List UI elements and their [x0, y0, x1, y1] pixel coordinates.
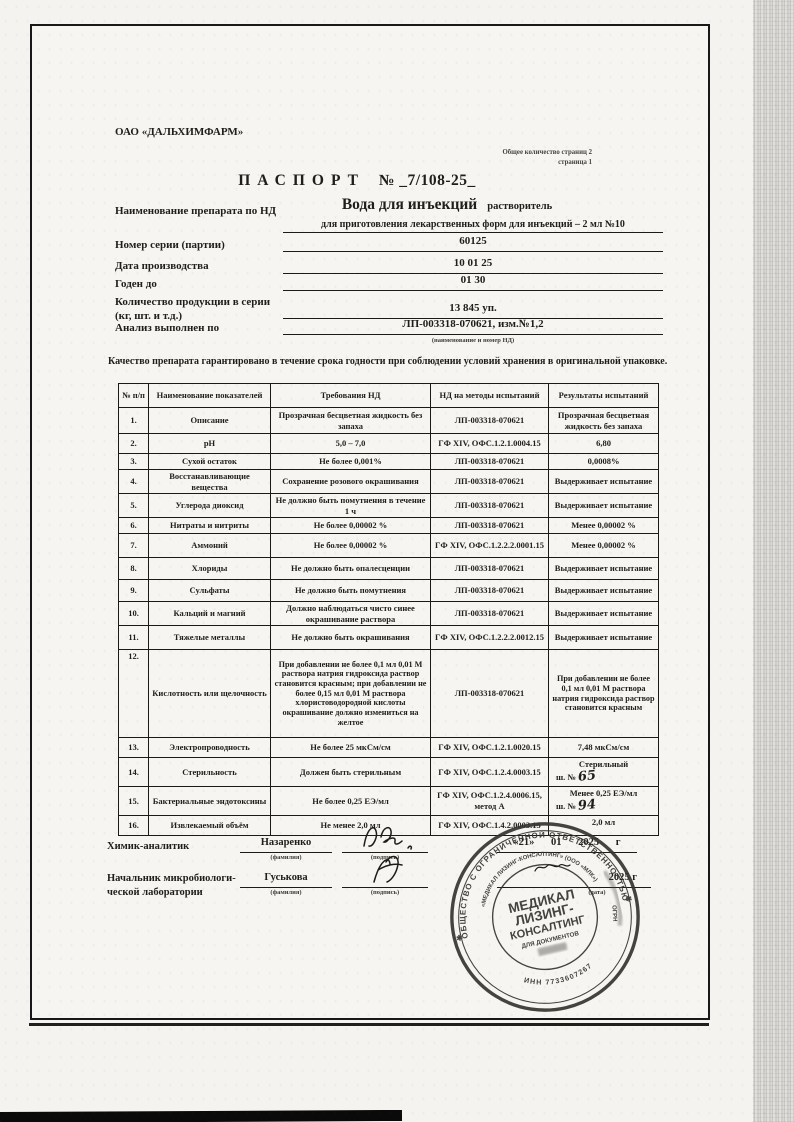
mfg-date-label: Дата производства	[115, 260, 209, 274]
product-name-form: растворитель	[487, 201, 552, 212]
cell-method: ЛП-003318-070621	[431, 602, 549, 626]
result-text: Стерильный	[552, 759, 655, 769]
cell-result: Выдерживает испытание	[549, 626, 659, 650]
table-row: 14. Стерильность Должен быть стерильным …	[119, 758, 659, 787]
cell-requirement: Не должно быть помутнения в течение 1 ч	[271, 494, 431, 518]
cell-result: 0,0008%	[549, 454, 659, 470]
cell-parameter: Извлекаемый объём	[149, 815, 271, 835]
cell-result: 7,48 мкСм/см	[549, 738, 659, 758]
cell-requirement: Не более 0,25 ЕЭ/мл	[271, 786, 431, 815]
cell-requirement: Не более 0,00002 %	[271, 518, 431, 534]
cell-parameter: pH	[149, 434, 271, 454]
table-row: 13. Электропроводность Не более 25 мкСм/…	[119, 738, 659, 758]
scan-artifact-bar	[0, 1110, 402, 1122]
cell-parameter: Электропроводность	[149, 738, 271, 758]
table-row: 2. pH 5,0 – 7,0 ГФ XIV, ОФС.1.2.1.0004.1…	[119, 434, 659, 454]
cell-num: 7.	[119, 534, 149, 558]
analysis-label: Анализ выполнен по	[115, 322, 219, 336]
cell-parameter: Стерильность	[149, 758, 271, 787]
cell-result: Выдерживает испытание	[549, 580, 659, 602]
surname-caption: (фамилия)	[240, 889, 332, 896]
cell-method: ГФ XIV, ОФС.1.2.2.2.0001.15	[431, 534, 549, 558]
surname-caption: (фамилия)	[240, 854, 332, 861]
cell-num: 14.	[119, 758, 149, 787]
cell-parameter: Нитраты и нитриты	[149, 518, 271, 534]
col-header-method: НД на методы испытаний	[431, 384, 549, 408]
cell-result: Менее 0,00002 %	[549, 518, 659, 534]
cell-result: Прозрачная бесцветная жидкость без запах…	[549, 408, 659, 434]
cell-method: ГФ XIV, ОФС.1.2.1.0020.15	[431, 738, 549, 758]
page-count-note: Общее количество страниц 2 страница 1	[362, 148, 592, 168]
cell-requirement: Прозрачная бесцветная жидкость без запах…	[271, 408, 431, 434]
analysis-value: ЛП-003318-070621, изм.№1,2	[283, 318, 663, 335]
pages-total: Общее количество страниц 2	[362, 148, 592, 158]
stamp-star-right: ✱	[625, 894, 634, 904]
table-row: 3. Сухой остаток Не более 0,001% ЛП-0033…	[119, 454, 659, 470]
quantity-label: Количество продукции в серии (кг, шт. и …	[115, 296, 270, 324]
cell-requirement: Не более 25 мкСм/см	[271, 738, 431, 758]
chemist-name: Назаренко	[240, 837, 332, 853]
cell-method: ЛП-003318-070621	[431, 580, 549, 602]
quantity-value: 13 845 уп.	[283, 302, 663, 319]
table-row: 11. Тяжелые металлы Не должно быть окраш…	[119, 626, 659, 650]
batch-value: 60125	[283, 235, 663, 252]
title-number: № _7/108-25_	[379, 172, 476, 189]
cell-parameter: Сухой остаток	[149, 454, 271, 470]
cell-requirement: Должно наблюдаться чисто синее окрашиван…	[271, 602, 431, 626]
mfg-date-value: 10 01 25	[283, 257, 663, 274]
scan-edge-strip	[753, 0, 794, 1122]
col-header-parameter: Наименование показателей	[149, 384, 271, 408]
table-row: 8. Хлориды Не должно быть опалесценции Л…	[119, 558, 659, 580]
cell-result: Стерильный ш. № 65	[549, 758, 659, 787]
cell-method: ЛП-003318-070621	[431, 454, 549, 470]
cell-method: ЛП-003318-070621	[431, 494, 549, 518]
cell-result: Выдерживает испытание	[549, 558, 659, 580]
scanned-document: ОАО «ДАЛЬХИМФАРМ» Общее количество стран…	[0, 0, 794, 1122]
table-row: 10. Кальций и магний Должно наблюдаться …	[119, 602, 659, 626]
cell-method: ЛП-003318-070621	[431, 408, 549, 434]
cell-result: Менее 0,00002 %	[549, 534, 659, 558]
col-header-result: Результаты испытаний	[549, 384, 659, 408]
chemist-signature-ink	[350, 818, 440, 854]
cell-method: ГФ XIV, ОФС.1.2.1.0004.15	[431, 434, 549, 454]
cell-requirement: Не должно быть опалесценции	[271, 558, 431, 580]
analysis-caption: (наименование и номер НД)	[283, 337, 663, 344]
cell-parameter: Сульфаты	[149, 580, 271, 602]
cell-result: Выдерживает испытание	[549, 602, 659, 626]
quantity-label-line1: Количество продукции в серии	[115, 296, 270, 310]
cell-num: 8.	[119, 558, 149, 580]
cell-parameter: Восстанавливающие вещества	[149, 470, 271, 494]
cell-result: Выдерживает испытание	[549, 494, 659, 518]
cell-method: ЛП-003318-070621	[431, 558, 549, 580]
cell-num: 15.	[119, 786, 149, 815]
table-row: 1. Описание Прозрачная бесцветная жидкос…	[119, 408, 659, 434]
company-stamp: ОБЩЕСТВО С ОГРАНИЧЕННОЙ ОТВЕТСТВЕННОСТЬЮ…	[429, 801, 662, 1034]
cell-num: 11.	[119, 626, 149, 650]
handwritten-number: 65	[577, 768, 597, 785]
col-header-num: № п/п	[119, 384, 149, 408]
title-word: ПАСПОРТ	[238, 172, 365, 189]
cell-requirement: Не должно быть окрашивания	[271, 626, 431, 650]
table-row: 9. Сульфаты Не должно быть помутнения ЛП…	[119, 580, 659, 602]
cell-num: 6.	[119, 518, 149, 534]
table-row: 4. Восстанавливающие вещества Сохранение…	[119, 470, 659, 494]
cell-method: ГФ XIV, ОФС.1.2.2.2.0012.15	[431, 626, 549, 650]
cell-parameter: Тяжелые металлы	[149, 626, 271, 650]
cell-method: ЛП-003318-070621	[431, 470, 549, 494]
table-row: 6. Нитраты и нитриты Не более 0,00002 % …	[119, 518, 659, 534]
cell-requirement: Не должно быть помутнения	[271, 580, 431, 602]
cell-requirement: Должен быть стерильным	[271, 758, 431, 787]
page-number: страница 1	[362, 158, 592, 168]
cell-requirement: 5,0 – 7,0	[271, 434, 431, 454]
cell-requirement: Не более 0,00002 %	[271, 534, 431, 558]
cell-result: Выдерживает испытание	[549, 470, 659, 494]
cell-num: 1.	[119, 408, 149, 434]
cell-num: 12.	[119, 650, 149, 738]
handwritten-date-ink	[532, 860, 576, 876]
cell-method: ЛП-003318-070621	[431, 650, 549, 738]
micro-lab-head-name: Гуськова	[240, 872, 332, 888]
table-row: 12. Кислотность или щелочность При добав…	[119, 650, 659, 738]
table-row: 5. Углерода диоксид Не должно быть помут…	[119, 494, 659, 518]
sign-caption: (подпись)	[342, 889, 428, 896]
chemist-role: Химик-аналитик	[107, 840, 189, 854]
table-row: 7. Аммоний Не более 0,00002 % ГФ XIV, ОФ…	[119, 534, 659, 558]
cell-num: 9.	[119, 580, 149, 602]
document-page: ОАО «ДАЛЬХИМФАРМ» Общее количество стран…	[30, 24, 710, 1020]
cell-num: 5.	[119, 494, 149, 518]
cell-requirement: При добавлении не более 0,1 мл 0,01 М ра…	[271, 650, 431, 738]
micro-lab-head-role: Начальник микробиологи- ческой лаборатор…	[107, 872, 236, 899]
cell-num: 16.	[119, 815, 149, 835]
table-header-row: № п/п Наименование показателей Требовани…	[119, 384, 659, 408]
product-name-main: Вода для инъекций	[342, 196, 477, 213]
cell-method: ГФ XIV, ОФС.1.2.4.0006.15, метод А	[431, 786, 549, 815]
cell-parameter: Углерода диоксид	[149, 494, 271, 518]
cell-method: ГФ XIV, ОФС.1.2.4.0003.15	[431, 758, 549, 787]
scan-frame-bottom-line	[29, 1023, 709, 1026]
cell-parameter: Кальций и магний	[149, 602, 271, 626]
cell-parameter: Бактериальные эндотоксины	[149, 786, 271, 815]
stamp-ogrn-label: ОГРН	[610, 905, 617, 922]
cell-result: При добавлении не более 0,1 мл 0,01 М ра…	[549, 650, 659, 738]
stamp-inn-text: ИНН 7733607267	[522, 961, 596, 993]
product-name-line2: для приготовления лекарственных форм для…	[283, 219, 663, 233]
col-header-requirement: Требования НД	[271, 384, 431, 408]
batch-label: Номер серии (партии)	[115, 239, 225, 253]
cell-result: 6,80	[549, 434, 659, 454]
cell-requirement: Не более 0,001%	[271, 454, 431, 470]
cell-requirement: Сохранение розового окрашивания	[271, 470, 431, 494]
micro-head-signature-ink	[362, 850, 432, 888]
cell-num: 10.	[119, 602, 149, 626]
cell-parameter: Описание	[149, 408, 271, 434]
cell-num: 2.	[119, 434, 149, 454]
expiry-label: Годен до	[115, 278, 157, 292]
company-name: ОАО «ДАЛЬХИМФАРМ»	[115, 126, 243, 138]
result-note: ш. № 65	[552, 769, 655, 785]
cell-parameter: Кислотность или щелочность	[149, 650, 271, 738]
cell-num: 4.	[119, 470, 149, 494]
cell-parameter: Хлориды	[149, 558, 271, 580]
cell-num: 3.	[119, 454, 149, 470]
document-title: ПАСПОРТ № _7/108-25_	[57, 172, 657, 190]
cell-method: ЛП-003318-070621	[431, 518, 549, 534]
quality-note: Качество препарата гарантировано в течен…	[108, 355, 680, 368]
product-name: Вода для инъекций растворитель	[232, 196, 662, 214]
spec-table: № п/п Наименование показателей Требовани…	[118, 383, 659, 836]
cell-num: 13.	[119, 738, 149, 758]
result-text: Менее 0,25 ЕЭ/мл	[552, 788, 655, 798]
expiry-value: 01 30	[283, 274, 663, 291]
cell-parameter: Аммоний	[149, 534, 271, 558]
